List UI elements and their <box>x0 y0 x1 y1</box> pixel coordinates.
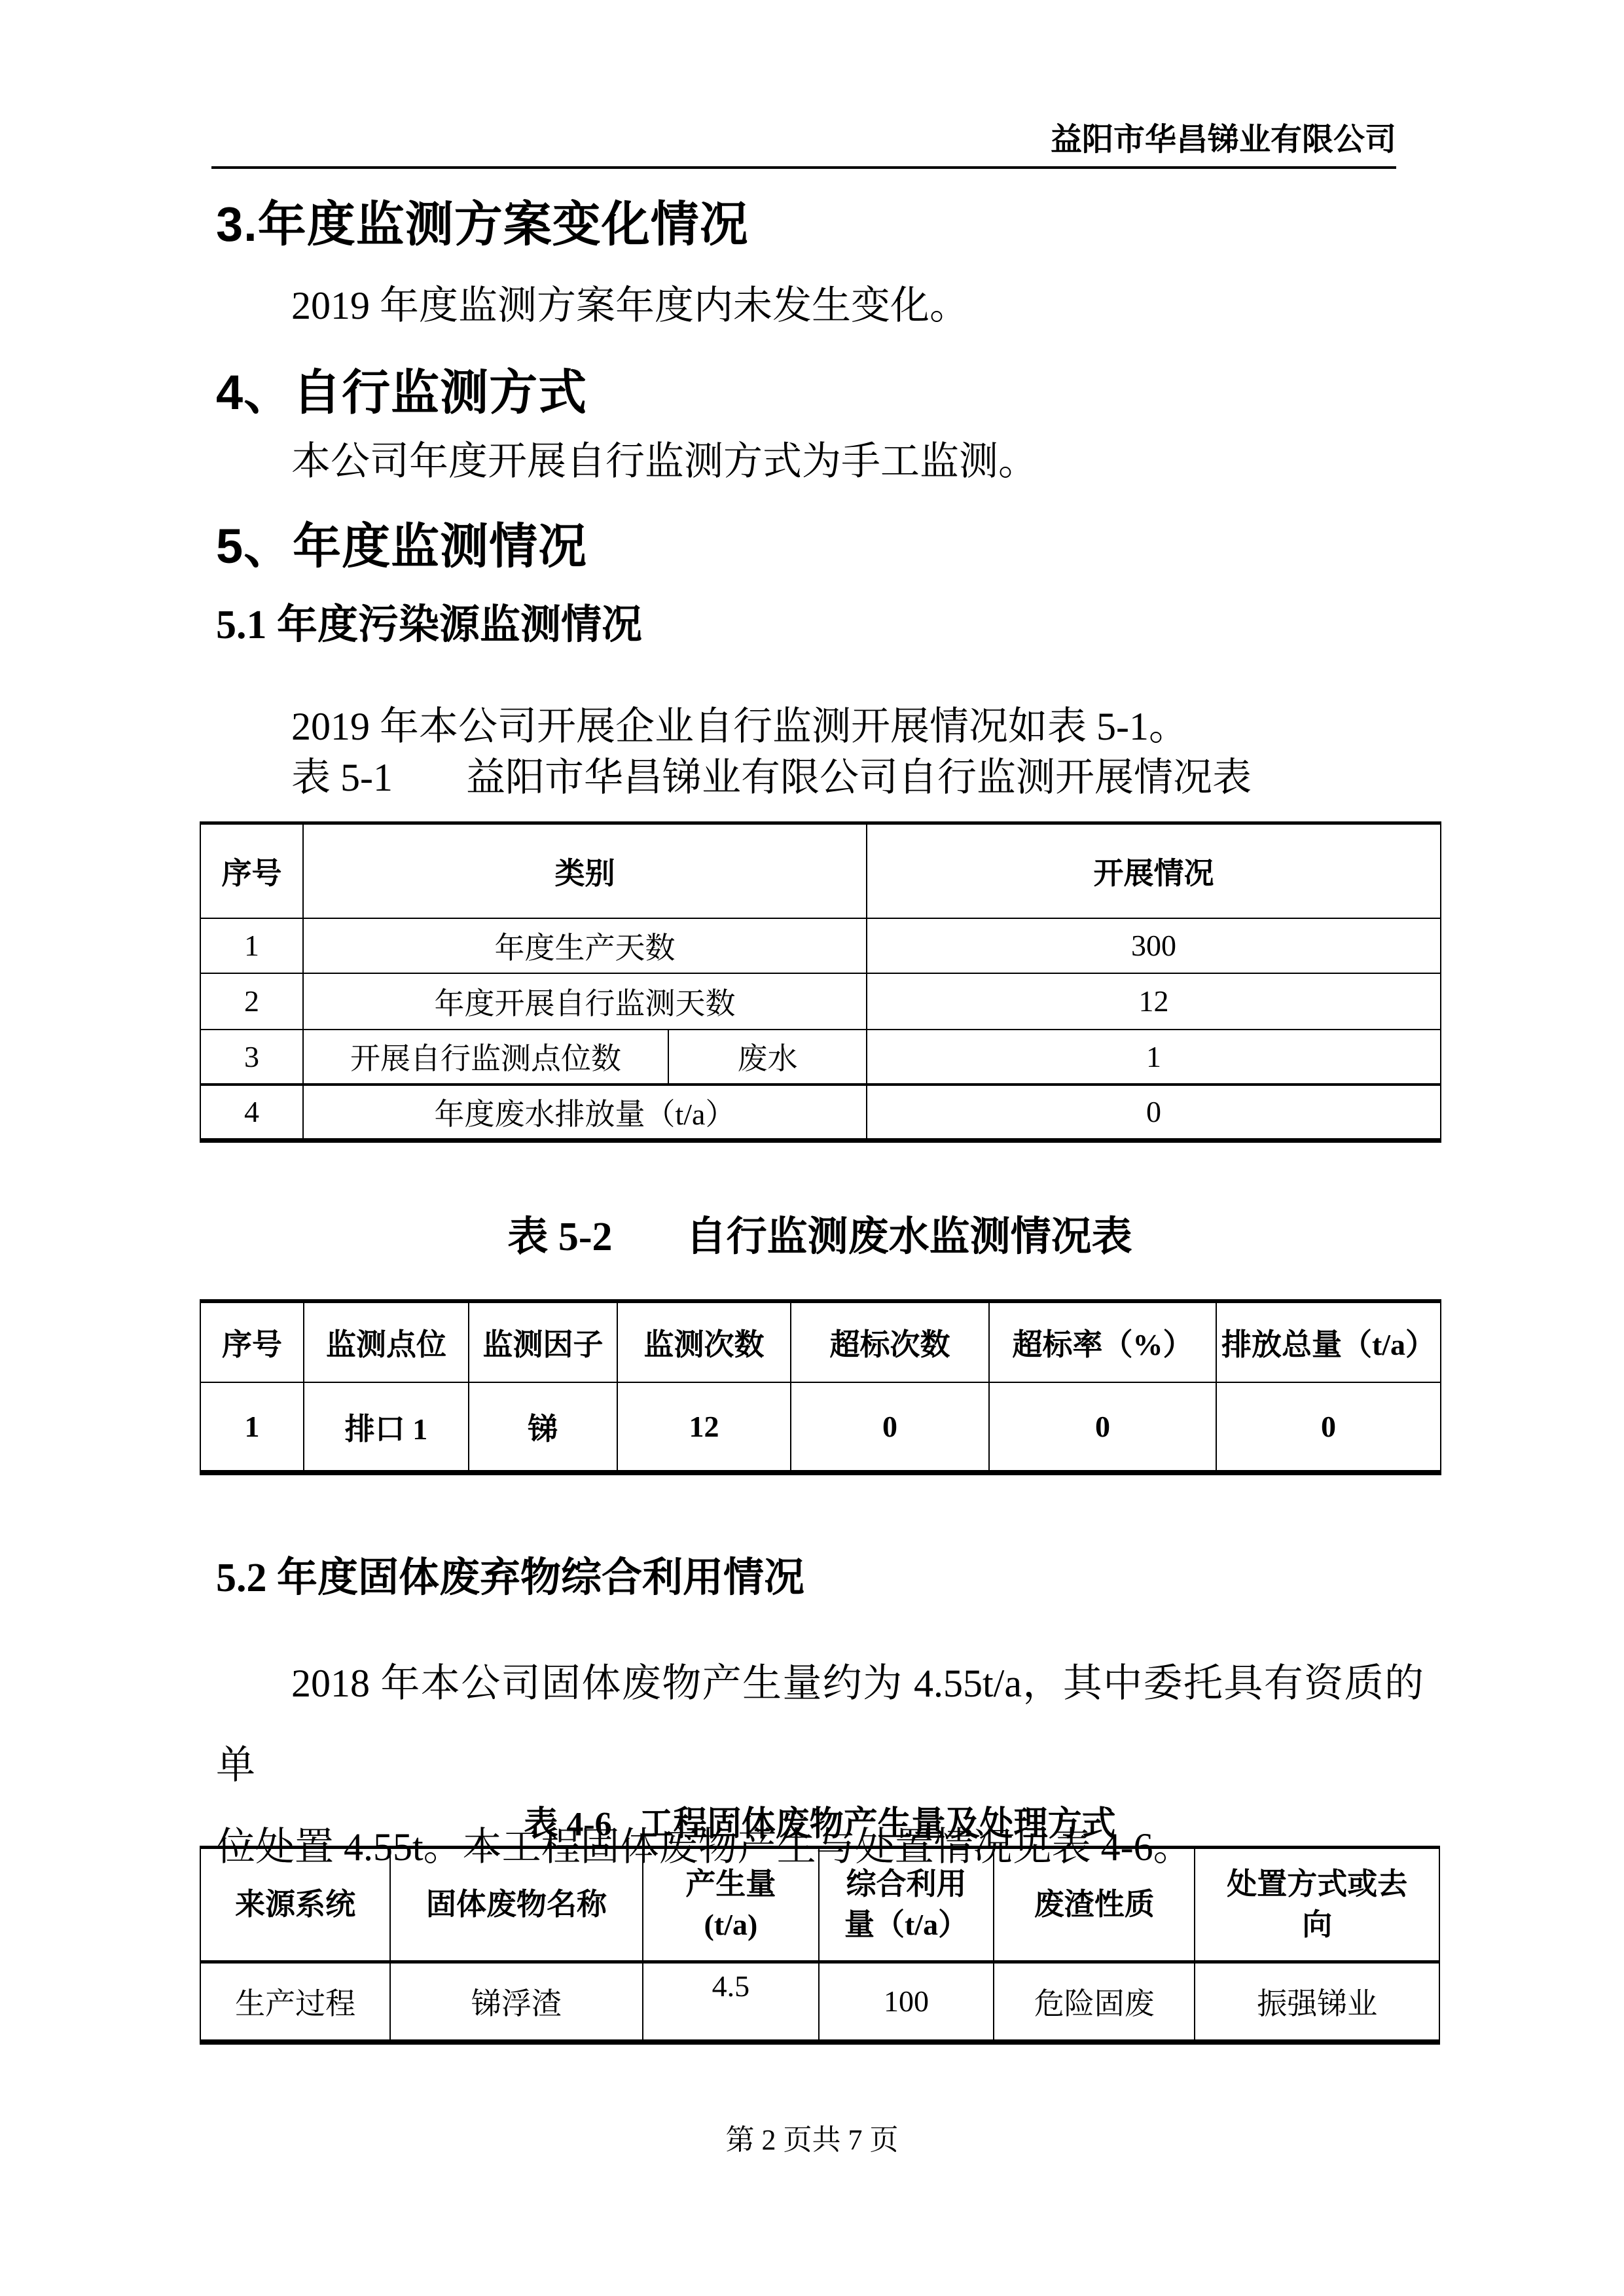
table-cell: 年度开展自行监测天数 <box>303 973 867 1030</box>
company-name: 益阳市华昌锑业有限公司 <box>211 123 1396 157</box>
table-cell: 年度废水排放量（t/a） <box>303 1085 867 1141</box>
column-header: 废渣性质 <box>994 1848 1195 1962</box>
table-cell: 2 <box>200 973 303 1030</box>
column-header: 排放总量（t/a） <box>1216 1301 1441 1382</box>
table-cell: 危险固废 <box>994 1962 1195 2042</box>
table-row: 3 开展自行监测点位数 废水 1 <box>200 1030 1441 1085</box>
table-5-1: 序号 类别 开展情况 1 年度生产天数 300 2 年度开展自行监测天数 12 … <box>200 821 1441 1143</box>
table-row: 4 年度废水排放量（t/a） 0 <box>200 1085 1441 1141</box>
table-5-2-caption-title: 自行监测废水监测情况表 <box>686 1214 1132 1260</box>
section-heading-5: 5、年度监测情况 <box>216 520 1424 573</box>
table-cell: 废水 <box>668 1030 867 1085</box>
table-cell: 3 <box>200 1030 303 1085</box>
table-5-2-caption: 表 5-2 自行监测废水监测情况表 <box>200 1214 1440 1260</box>
column-header: 超标次数 <box>791 1301 989 1382</box>
table-4-6-caption-label: 表 4-6 <box>524 1805 611 1844</box>
column-header: 监测点位 <box>304 1301 469 1382</box>
column-header: 处置方式或去 向 <box>1195 1848 1439 1962</box>
paragraph-5-1: 2019 年本公司开展企业自行监测开展情况如表 5-1。 <box>216 700 1424 753</box>
column-header: 产生量 (t/a) <box>643 1848 819 1962</box>
table-4-6-header-row: 来源系统 固体废物名称 产生量 (t/a) 综合利用 量（t/a） 废渣性质 处… <box>200 1848 1439 1962</box>
table-5-1-caption: 表 5-1 益阳市华昌锑业有限公司自行监测开展情况表 <box>291 755 1252 800</box>
document-page: 益阳市华昌锑业有限公司 3.年度监测方案变化情况 2019 年度监测方案年度内未… <box>0 0 1624 2296</box>
column-header: 监测次数 <box>617 1301 791 1382</box>
paragraph-4: 本公司年度开展自行监测方式为手工监测。 <box>216 435 1424 488</box>
table-row: 1 排口 1 锑 12 0 0 0 <box>200 1382 1441 1473</box>
section-heading-5-1: 5.1 年度污染源监测情况 <box>216 601 1424 649</box>
column-header: 来源系统 <box>200 1848 390 1962</box>
table-cell: 1 <box>200 918 303 973</box>
column-header: 序号 <box>200 823 303 918</box>
column-header: 监测因子 <box>469 1301 617 1382</box>
table-4-6-caption-title: 工程固体废物产生量及处理方式 <box>640 1805 1116 1844</box>
column-header: 序号 <box>200 1301 304 1382</box>
page-number: 第 2 页共 7 页 <box>0 2124 1624 2157</box>
table-cell: 0 <box>867 1085 1441 1141</box>
table-cell: 0 <box>1216 1382 1441 1473</box>
table-5-2-caption-label: 表 5-2 <box>507 1214 612 1260</box>
column-header: 超标率（%） <box>989 1301 1216 1382</box>
table-5-1-caption-title: 益阳市华昌锑业有限公司自行监测开展情况表 <box>466 755 1252 800</box>
column-header: 开展情况 <box>867 823 1441 918</box>
table-5-2-header-row: 序号 监测点位 监测因子 监测次数 超标次数 超标率（%） 排放总量（t/a） <box>200 1301 1441 1382</box>
table-cell: 12 <box>867 973 1441 1030</box>
page-header: 益阳市华昌锑业有限公司 <box>211 123 1396 169</box>
table-cell: 年度生产天数 <box>303 918 867 973</box>
table-row: 2 年度开展自行监测天数 12 <box>200 973 1441 1030</box>
table-cell: 0 <box>791 1382 989 1473</box>
table-row: 生产过程 锑浮渣 4.5 100 危险固废 振强锑业 <box>200 1962 1439 2042</box>
table-cell: 100 <box>819 1962 994 2042</box>
column-header: 综合利用 量（t/a） <box>819 1848 994 1962</box>
paragraph-5-2-line-1: 2018 年本公司固体废物产生量约为 4.55t/a，其中委托具有资质的单 <box>216 1643 1424 1806</box>
table-cell: 振强锑业 <box>1195 1962 1439 2042</box>
table-cell: 4.5 <box>643 1962 819 2042</box>
table-cell: 锑 <box>469 1382 617 1473</box>
table-5-1-caption-label: 表 5-1 <box>291 755 393 800</box>
table-cell: 1 <box>867 1030 1441 1085</box>
table-cell: 锑浮渣 <box>390 1962 643 2042</box>
table-4-6: 来源系统 固体废物名称 产生量 (t/a) 综合利用 量（t/a） 废渣性质 处… <box>200 1846 1440 2045</box>
table-cell: 0 <box>989 1382 1216 1473</box>
table-5-2: 序号 监测点位 监测因子 监测次数 超标次数 超标率（%） 排放总量（t/a） … <box>200 1299 1441 1475</box>
table-cell: 1 <box>200 1382 304 1473</box>
table-cell: 开展自行监测点位数 <box>303 1030 668 1085</box>
table-cell: 排口 1 <box>304 1382 469 1473</box>
table-cell: 12 <box>617 1382 791 1473</box>
table-5-1-header-row: 序号 类别 开展情况 <box>200 823 1441 918</box>
column-header: 固体废物名称 <box>390 1848 643 1962</box>
paragraph-3: 2019 年度监测方案年度内未发生变化。 <box>216 279 1424 332</box>
table-cell: 生产过程 <box>200 1962 390 2042</box>
table-row: 1 年度生产天数 300 <box>200 918 1441 973</box>
section-heading-3: 3.年度监测方案变化情况 <box>216 198 1424 251</box>
table-cell: 300 <box>867 918 1441 973</box>
section-heading-4: 4、自行监测方式 <box>216 367 1424 419</box>
table-4-6-caption: 表 4-6 工程固体废物产生量及处理方式 <box>200 1805 1440 1844</box>
section-heading-5-2: 5.2 年度固体废弃物综合利用情况 <box>216 1554 1424 1602</box>
column-header: 类别 <box>303 823 867 918</box>
table-cell: 4 <box>200 1085 303 1141</box>
